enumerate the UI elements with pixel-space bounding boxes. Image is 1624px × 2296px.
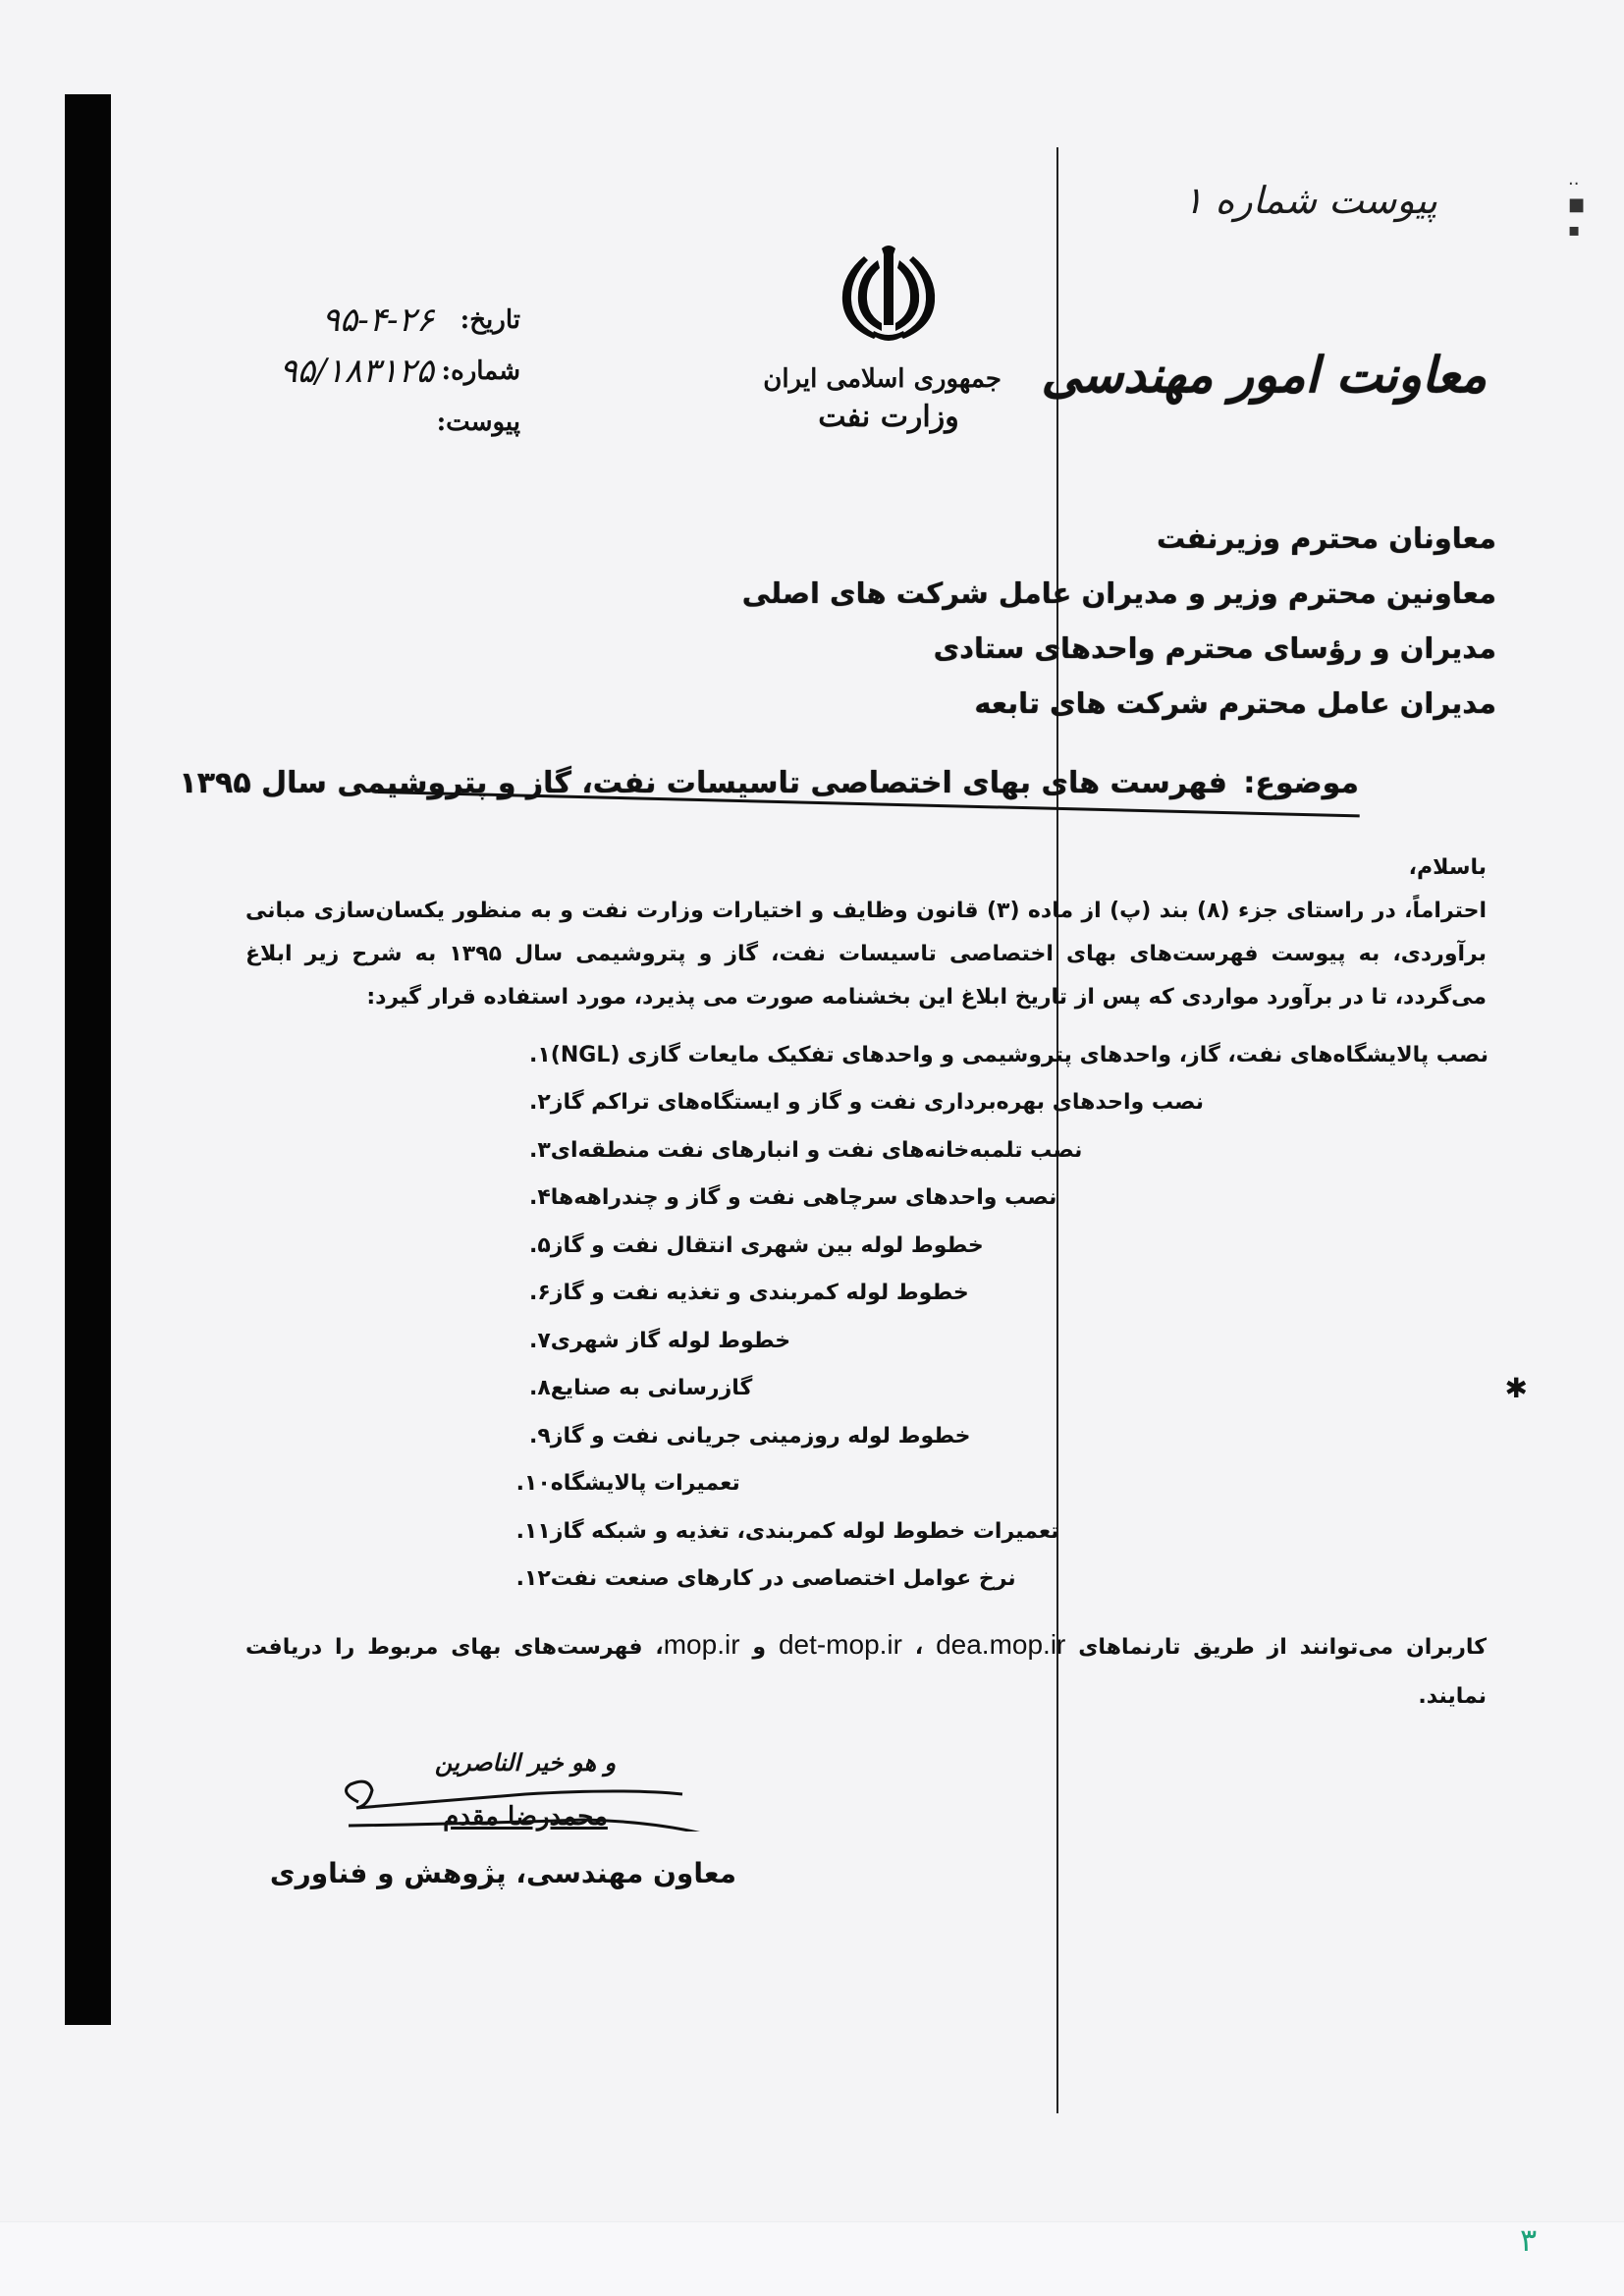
url-link[interactable]: mop.ir — [664, 1629, 740, 1660]
closing-text-before: کاربران می‌توانند از طریق تارنماهای — [1078, 1635, 1487, 1660]
emblem-caption-republic: جمهوری اسلامی ایران — [776, 364, 1001, 394]
recipient-line: مدیران عامل محترم شرکت های تابعه — [742, 676, 1496, 731]
item-text: تعمیرات پالایشگاه — [551, 1471, 740, 1496]
url-separator: ، — [902, 1635, 936, 1660]
list-item: ۵.خطوط لوله بین شهری انتقال نفت و گاز — [510, 1222, 1489, 1270]
item-number: ۶. — [510, 1281, 551, 1305]
meta-number-row: شماره: ۹۵/۱۸۳۱۲۵ — [245, 346, 520, 397]
item-number: ۴. — [510, 1185, 551, 1210]
list-item: ۷.خطوط لوله گاز شهری — [510, 1317, 1489, 1365]
item-text: نصب واحدهای سرچاهی نفت و گاز و چندراهه‌ه… — [551, 1185, 1057, 1210]
item-text: خطوط لوله بین شهری انتقال نفت و گاز — [551, 1233, 984, 1258]
iran-emblem-icon — [835, 241, 943, 349]
stray-mark: ▪ — [1568, 218, 1585, 244]
url-link[interactable]: dea.mop.ir — [936, 1629, 1065, 1660]
list-item: ۳.نصب تلمبه‌خانه‌های نفت و انبارهای نفت … — [510, 1126, 1489, 1175]
subject-line: موضوع: فهرست های بهای اختصاصی تاسیسات نف… — [179, 766, 1359, 800]
page-number: ۳ — [1520, 2221, 1537, 2259]
list-item: ۴.نصب واحدهای سرچاهی نفت و گاز و چندراهه… — [510, 1175, 1489, 1223]
item-text: نصب تلمبه‌خانه‌های نفت و انبارهای نفت من… — [551, 1138, 1083, 1163]
item-number: ۱۰. — [510, 1471, 551, 1496]
item-text: گازرسانی به صنایع — [551, 1376, 753, 1400]
item-text: تعمیرات خطوط لوله کمربندی، تغذیه و شبکه … — [551, 1519, 1059, 1544]
item-number: ۲. — [510, 1090, 551, 1115]
list-item: ۹.خطوط لوله روزمینی جریانی نفت و گاز — [510, 1412, 1489, 1460]
list-item: ۶.خطوط لوله کمربندی و تغذیه نفت و گاز — [510, 1270, 1489, 1318]
item-text: نرخ عوامل اختصاصی در کارهای صنعت نفت — [551, 1566, 1016, 1591]
item-number: ۳. — [510, 1138, 551, 1163]
item-number: ۹. — [510, 1424, 551, 1449]
item-number: ۵. — [510, 1233, 551, 1258]
item-number: ۷. — [510, 1329, 551, 1353]
list-item-marked: ✱۸.گازرسانی به صنایع — [510, 1365, 1489, 1413]
recipient-line: معاونان محترم وزیرنفت — [742, 511, 1496, 566]
stray-mark: ■ — [1568, 192, 1585, 218]
letterhead-emblem-block: جمهوری اسلامی ایران وزارت نفت — [776, 241, 1001, 434]
list-item: ۲.نصب واحدهای بهره‌برداری نفت و گاز و ای… — [510, 1079, 1489, 1127]
item-text: نصب واحدهای بهره‌برداری نفت و گاز و ایست… — [551, 1090, 1204, 1115]
item-text: خطوط لوله روزمینی جریانی نفت و گاز — [551, 1424, 971, 1449]
scan-black-margin-bar — [65, 94, 111, 2025]
item-text: خطوط لوله کمربندی و تغذیه نفت و گاز — [551, 1281, 969, 1305]
meta-attachment-label: پیوست: — [460, 408, 520, 437]
item-number: ۱۱. — [510, 1519, 551, 1544]
item-number: ۱۲. — [510, 1566, 551, 1591]
item-text: نصب پالایشگاه‌های نفت، گاز، واحدهای پترو… — [551, 1043, 1489, 1067]
list-item: ۱.نصب پالایشگاه‌های نفت، گاز، واحدهای پت… — [510, 1031, 1489, 1079]
scan-bottom-edge — [0, 2221, 1624, 2296]
item-text: خطوط لوله گاز شهری — [551, 1329, 790, 1353]
signatory-title: معاون مهندسی، پژوهش و فناوری — [314, 1857, 736, 1889]
meta-number-label: شماره: — [460, 356, 520, 386]
handwritten-star-mark-icon: ✱ — [1505, 1372, 1528, 1404]
stray-marks: .. ■ ▪ — [1568, 167, 1585, 244]
url-link[interactable]: det-mop.ir — [779, 1629, 902, 1660]
meta-number-value: ۹۵/۱۸۳۱۲۵ — [279, 352, 434, 391]
recipients-block: معاونان محترم وزیرنفت معاونین محترم وزیر… — [742, 511, 1496, 731]
subject-label: موضوع: — [1243, 766, 1359, 800]
body-paragraph: احتراماً، در راستای جزء (۸) بند (پ) از م… — [245, 899, 1487, 1010]
item-number: ۸. — [510, 1376, 551, 1400]
signature-block: و هو خیر الناصرین محمدرضا مقدم معاون مهن… — [314, 1748, 736, 1889]
price-list-items: ۱.نصب پالایشگاه‌های نفت، گاز، واحدهای پت… — [510, 1031, 1489, 1603]
recipient-line: مدیران و رؤسای محترم واحدهای ستادی — [742, 621, 1496, 676]
meta-date-label: تاریخ: — [460, 305, 520, 335]
department-title: معاونت امور مهندسی — [1042, 346, 1488, 404]
list-item: ۱۱.تعمیرات خطوط لوله کمربندی، تغذیه و شب… — [510, 1507, 1489, 1556]
meta-date-value: ۹۵-۴-۲۶ — [322, 301, 434, 340]
stray-mark: .. — [1568, 167, 1585, 192]
recipient-line: معاونین محترم وزیر و مدیران عامل شرکت ها… — [742, 566, 1496, 621]
closing-paragraph: کاربران می‌توانند از طریق تارنماهای dea.… — [245, 1620, 1487, 1722]
body-paragraph-block: باسلام، احتراماً، در راستای جزء (۸) بند … — [245, 847, 1487, 1019]
list-item: ۱۰.تعمیرات پالایشگاه — [510, 1460, 1489, 1508]
list-item: ۱۲.نرخ عوامل اختصاصی در کارهای صنعت نفت — [510, 1556, 1489, 1604]
letter-meta-block: تاریخ: ۹۵-۴-۲۶ شماره: ۹۵/۱۸۳۱۲۵ پیوست: — [245, 295, 520, 448]
item-number: ۱. — [510, 1043, 551, 1067]
subject-text: فهرست های بهای اختصاصی تاسیسات نفت، گاز … — [179, 766, 1226, 800]
meta-attachment-row: پیوست: — [245, 397, 520, 448]
handwritten-attachment-note: پیوست شماره ۱ — [1183, 179, 1437, 222]
meta-date-row: تاریخ: ۹۵-۴-۲۶ — [245, 295, 520, 346]
salutation: باسلام، — [245, 847, 1487, 890]
url-separator: و — [740, 1635, 779, 1660]
emblem-caption-ministry: وزارت نفت — [776, 400, 1001, 434]
